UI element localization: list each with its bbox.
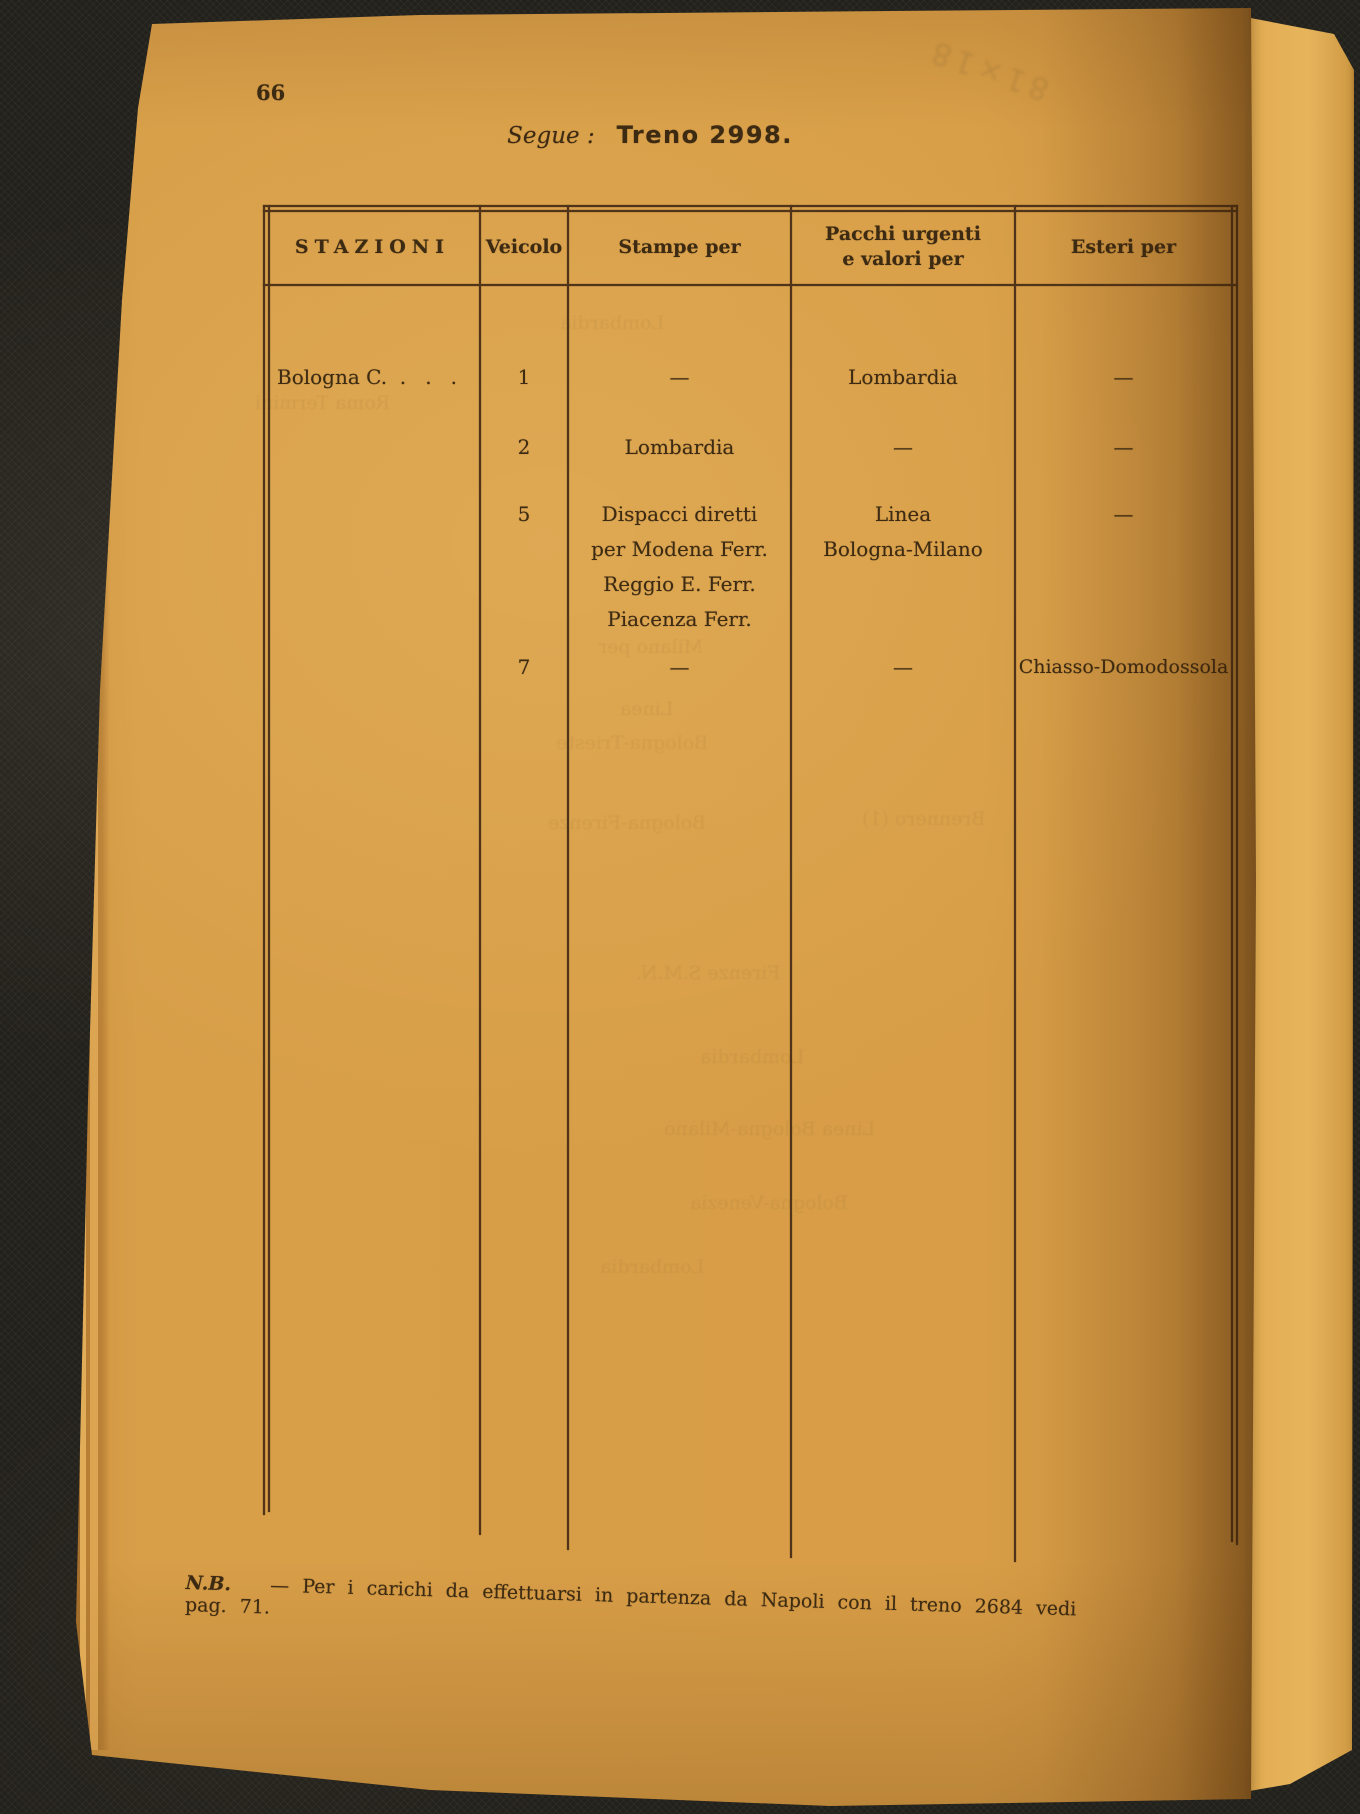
column-header-pacchi-urgenti: Pacchi urgenti e valori per	[792, 213, 1014, 281]
cell-veicolo-row-3: 7	[481, 650, 567, 685]
running-head-train: Treno 2998.	[617, 121, 793, 149]
cell-stampe-row-0: —	[569, 360, 790, 395]
photo-background: { "page": { "number": "66", "running_hea…	[0, 0, 1360, 1814]
cell-veicolo-row-2: 5	[481, 497, 567, 532]
column-header-stazioni: STAZIONI	[266, 213, 479, 281]
cell-pacchi-row-1: —	[792, 430, 1014, 465]
page-number: 66	[256, 80, 285, 105]
ghost-text: Linea	[620, 698, 674, 720]
ghost-text: Firenze S.M.N.	[636, 962, 780, 984]
ghost-text: Lombardia	[560, 312, 664, 334]
ghost-text: Roma Termini	[255, 392, 390, 414]
table-column-rule-1	[479, 205, 481, 1535]
table-left-border-outer	[263, 205, 265, 1515]
column-header-stampe-per: Stampe per	[569, 213, 790, 281]
ghost-text: Lombardia	[700, 1046, 804, 1068]
ghost-text: Bologna-Venezia	[690, 1192, 848, 1214]
gutter-shadow	[1040, 0, 1260, 1814]
cell-veicolo-row-0: 1	[481, 360, 567, 395]
cell-stampe-row-1: Lombardia	[569, 430, 790, 465]
cell-stazioni-row-0: Bologna C. . . .	[277, 360, 487, 395]
table-column-rule-4	[1014, 205, 1016, 1562]
cell-pacchi-row-2: Linea Bologna-Milano	[792, 497, 1014, 567]
column-header-veicolo: Veicolo	[481, 213, 567, 281]
footnote-label: N.B.	[185, 1572, 231, 1595]
cell-stampe-row-3: —	[569, 650, 790, 685]
cell-pacchi-row-0: Lombardia	[792, 360, 1014, 395]
cell-stampe-row-2: Dispacci diretti per Modena Ferr. Reggio…	[569, 497, 790, 637]
running-head-segue: Segue :	[507, 123, 595, 149]
ghost-text: Lombardia	[600, 1256, 704, 1278]
cell-veicolo-row-1: 2	[481, 430, 567, 465]
table-column-rule-2	[567, 205, 569, 1550]
cell-pacchi-row-3: —	[792, 650, 1014, 685]
ghost-text: Linea Bologna-Milano	[664, 1118, 875, 1140]
ghost-text: Bologna-Trieste	[556, 732, 708, 754]
table-left-border-inner	[268, 205, 270, 1512]
book-page: LombardiaRoma TerminiMilano perLineaBolo…	[0, 0, 1360, 1814]
adjacent-page-edge	[1238, 4, 1360, 1800]
ghost-text: Bologna-Firenze	[548, 812, 706, 834]
table-column-rule-3	[790, 205, 792, 1558]
ghost-text: Brennero (1)	[862, 808, 985, 830]
